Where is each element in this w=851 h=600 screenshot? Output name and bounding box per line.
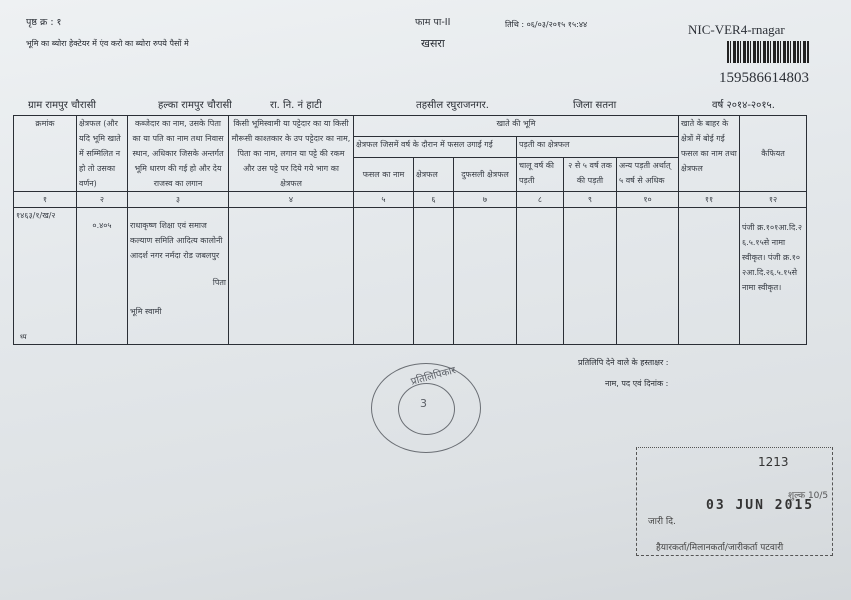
village: ग्राम रामपुर चौरासी	[28, 97, 96, 111]
col-num: १२	[740, 192, 807, 208]
empty-cell	[354, 208, 414, 345]
signature-label: प्रतिलिपि देने वाले के हस्ताक्षर :	[578, 357, 668, 368]
empty-cell	[517, 208, 564, 345]
area-value: ०.४०५	[77, 208, 128, 345]
empty-cell	[617, 208, 679, 345]
col-num: ५	[354, 192, 414, 208]
col-num: २	[77, 192, 128, 208]
stamp-signature: हैयारकर्ता/मिलानकर्ता/जारीकर्ता पटवारी	[656, 540, 783, 553]
owner-cell: राधाकृष्ण शिक्षा एवं समाज कल्याण समिति आ…	[128, 208, 229, 345]
tehsil: तहसील रघुराजनगर.	[416, 97, 489, 111]
header-crop-area-group: क्षेत्रफल जिसमें वर्ष के दौरान में फसल उ…	[354, 137, 517, 158]
header-serial: क्रमांक	[14, 116, 77, 192]
col-num: ९	[564, 192, 617, 208]
empty-cell	[229, 208, 354, 345]
table-row: १४६३/१/ख/२ ०.४०५ राधाकृष्ण शिक्षा एवं सम…	[14, 208, 807, 345]
stamp-issued-label: जारी दि.	[648, 514, 676, 527]
revenue-inspector: रा. नि. नं हाटी	[270, 97, 322, 111]
owner-relation: पिता	[130, 275, 226, 290]
ownership-right: भूमि स्वामी	[130, 304, 226, 319]
barcode-icon	[727, 41, 809, 63]
version-label: NIC-VER4-rnagar	[688, 22, 785, 38]
form-name: फाम पा-II	[415, 15, 450, 28]
header-fallow-group: पड़ती का क्षेत्रफल	[517, 137, 679, 158]
name-designation-label: नाम, पद एवं दिनांक :	[605, 378, 668, 389]
col-num: ६	[414, 192, 454, 208]
seal-number: 3	[420, 397, 427, 410]
header-fallow-2-5: २ से ५ वर्ष तक की पड़ती	[564, 158, 617, 192]
remarks-value: पंजी क्र.१०१आ.दि.२६.५.१५से नामा स्वीकृत।…	[740, 208, 807, 345]
col-num: ४	[229, 192, 354, 208]
stamp-date: 03 JUN 2015	[706, 498, 814, 513]
header-outside-crop: खाते के बाहर के क्षेत्रों में बोई गई फसल…	[679, 116, 740, 192]
header-crop-area: क्षेत्रफल	[414, 158, 454, 192]
col-num: ११	[679, 192, 740, 208]
print-date: तिथि : ०६/०३/२०१५ १५:४४	[505, 19, 587, 30]
empty-cell	[454, 208, 517, 345]
unit-note: भूमि का ब्योरा हेक्टेयर में एंव करो का ब…	[26, 38, 189, 49]
col-num: ७	[454, 192, 517, 208]
form-title: खसरा	[421, 36, 445, 51]
col-num: १०	[617, 192, 679, 208]
header-tenant: किसी भूमिस्वामी या पट्टेदार का या किसी म…	[229, 116, 354, 192]
page-number: पृष्ठ क्र : १	[26, 15, 62, 28]
year: वर्ष २०१४-२०१५.	[712, 97, 775, 111]
header-remarks: कैफियत	[740, 116, 807, 192]
empty-cell	[679, 208, 740, 345]
header-current-fallow: चालू वर्ष की पड़ती	[517, 158, 564, 192]
header-other-fallow: अन्य पड़ती अर्थात् ५ वर्ष से अधिक	[617, 158, 679, 192]
footer-mark: ध्प	[20, 333, 27, 342]
header-owner: कब्जेदार का नाम, उसके पिता का या पति का …	[128, 116, 229, 192]
khasra-number: १४६३/१/ख/२	[14, 208, 77, 345]
stamp-number: 1213	[758, 455, 789, 469]
col-num: ८	[517, 192, 564, 208]
district: जिला सतना	[573, 97, 616, 111]
empty-cell	[564, 208, 617, 345]
owner-name: राधाकृष्ण शिक्षा एवं समाज कल्याण समिति आ…	[130, 218, 226, 263]
header-area: क्षेत्रफल (और यदि भूमि खाते में सम्मिलित…	[77, 116, 128, 192]
halka: हल्का रामपुर चौरासी	[158, 97, 232, 111]
empty-cell	[414, 208, 454, 345]
header-khate-bhumi: खाते की भूमि	[354, 116, 679, 137]
header-double-crop: दुफसली क्षेत्रफल	[454, 158, 517, 192]
header-crop-name: फसल का नाम	[354, 158, 414, 192]
barcode-number: 159586614803	[719, 70, 809, 87]
column-number-row: १ २ ३ ४ ५ ६ ७ ८ ९ १० ११ १२	[14, 192, 807, 208]
col-num: ३	[128, 192, 229, 208]
col-num: १	[14, 192, 77, 208]
khasra-table: क्रमांक क्षेत्रफल (और यदि भूमि खाते में …	[13, 115, 807, 345]
